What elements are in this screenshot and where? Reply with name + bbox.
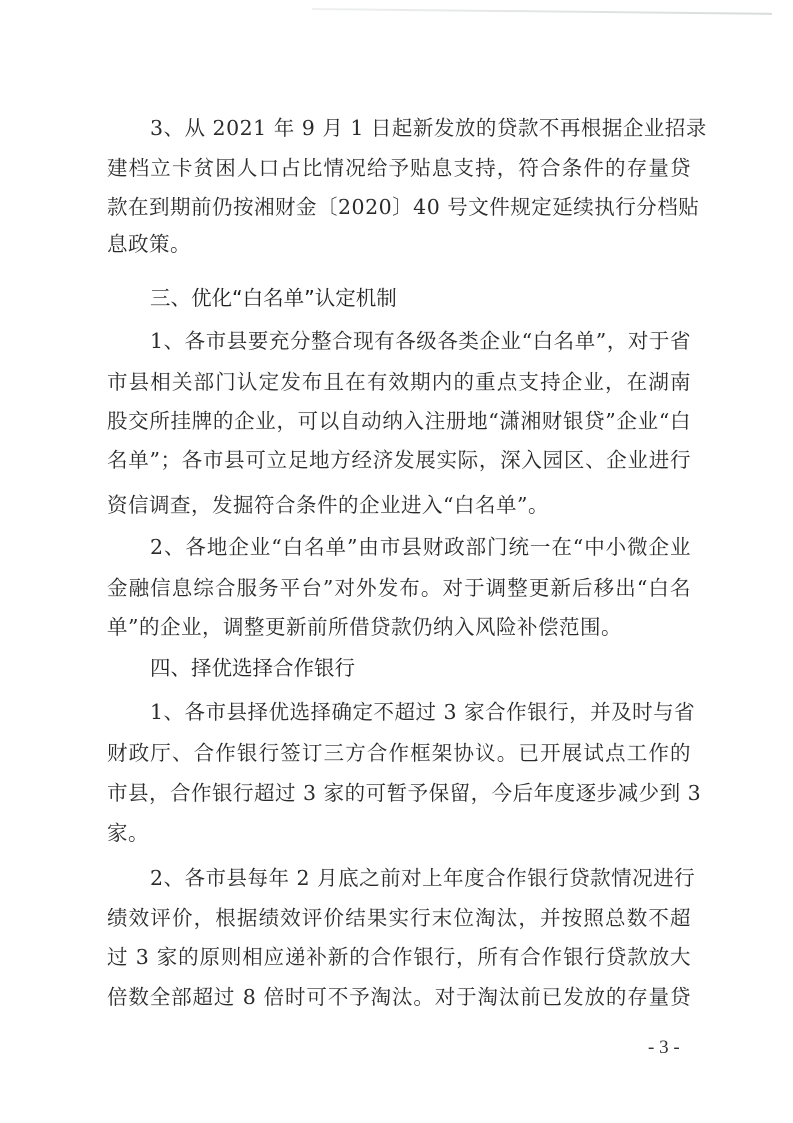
text-line: 名单”；各市县可立足地方经济发展实际，深入园区、企业进行 — [107, 447, 691, 473]
text-line: 3、从 2021 年 9 月 1 日起新发放的贷款不再根据企业招录 — [150, 115, 691, 141]
section-heading-banks: 四、择优选择合作银行 — [150, 655, 355, 681]
text-line: 过 3 家的原则相应递补新的合作银行，所有合作银行贷款放大 — [107, 944, 691, 970]
page-number: - 3 - — [648, 1037, 680, 1059]
scan-artifact-line — [312, 8, 772, 15]
text-line: 市县，合作银行超过 3 家的可暂予保留，今后年度逐步减少到 3 — [107, 780, 691, 806]
text-line: 1、各市县择优选择确定不超过 3 家合作银行，并及时与省 — [150, 699, 691, 725]
text-line: 家。 — [107, 820, 691, 846]
text-line: 款在到期前仍按湘财金〔2020〕40 号文件规定延续执行分档贴 — [107, 194, 691, 220]
text-line: 财政厅、合作银行签订三方合作框架协议。已开展试点工作的 — [107, 740, 691, 766]
text-line: 股交所挂牌的企业，可以自动纳入注册地“潇湘财银贷”企业“白 — [107, 408, 691, 434]
text-line: 2、各市县每年 2 月底之前对上年度合作银行贷款情况进行 — [150, 865, 691, 891]
text-line: 倍数全部超过 8 倍时可不予淘汰。对于淘汰前已发放的存量贷 — [107, 984, 691, 1010]
text-line: 绩效评价，根据绩效评价结果实行末位淘汰，并按照总数不超 — [107, 905, 691, 931]
text-line: 1、各市县要充分整合现有各级各类企业“白名单”，对于省 — [150, 328, 691, 354]
section-heading-whitelist: 三、优化“白名单”认定机制 — [150, 285, 397, 311]
text-line: 单”的企业，调整更新前所借贷款仍纳入风险补偿范围。 — [107, 614, 691, 640]
text-line: 金融信息综合服务平台”对外发布。对于调整更新后移出“白名 — [107, 575, 691, 601]
text-line: 资信调查，发掘符合条件的企业进入“白名单”。 — [107, 492, 691, 518]
text-line: 息政策。 — [107, 231, 691, 257]
text-line: 2、各地企业“白名单”由市县财政部门统一在“中小微企业 — [150, 534, 691, 560]
text-line: 市县相关部门认定发布且在有效期内的重点支持企业，在湖南 — [107, 369, 691, 395]
text-line: 建档立卡贫困人口占比情况给予贴息支持，符合条件的存量贷 — [107, 155, 691, 181]
